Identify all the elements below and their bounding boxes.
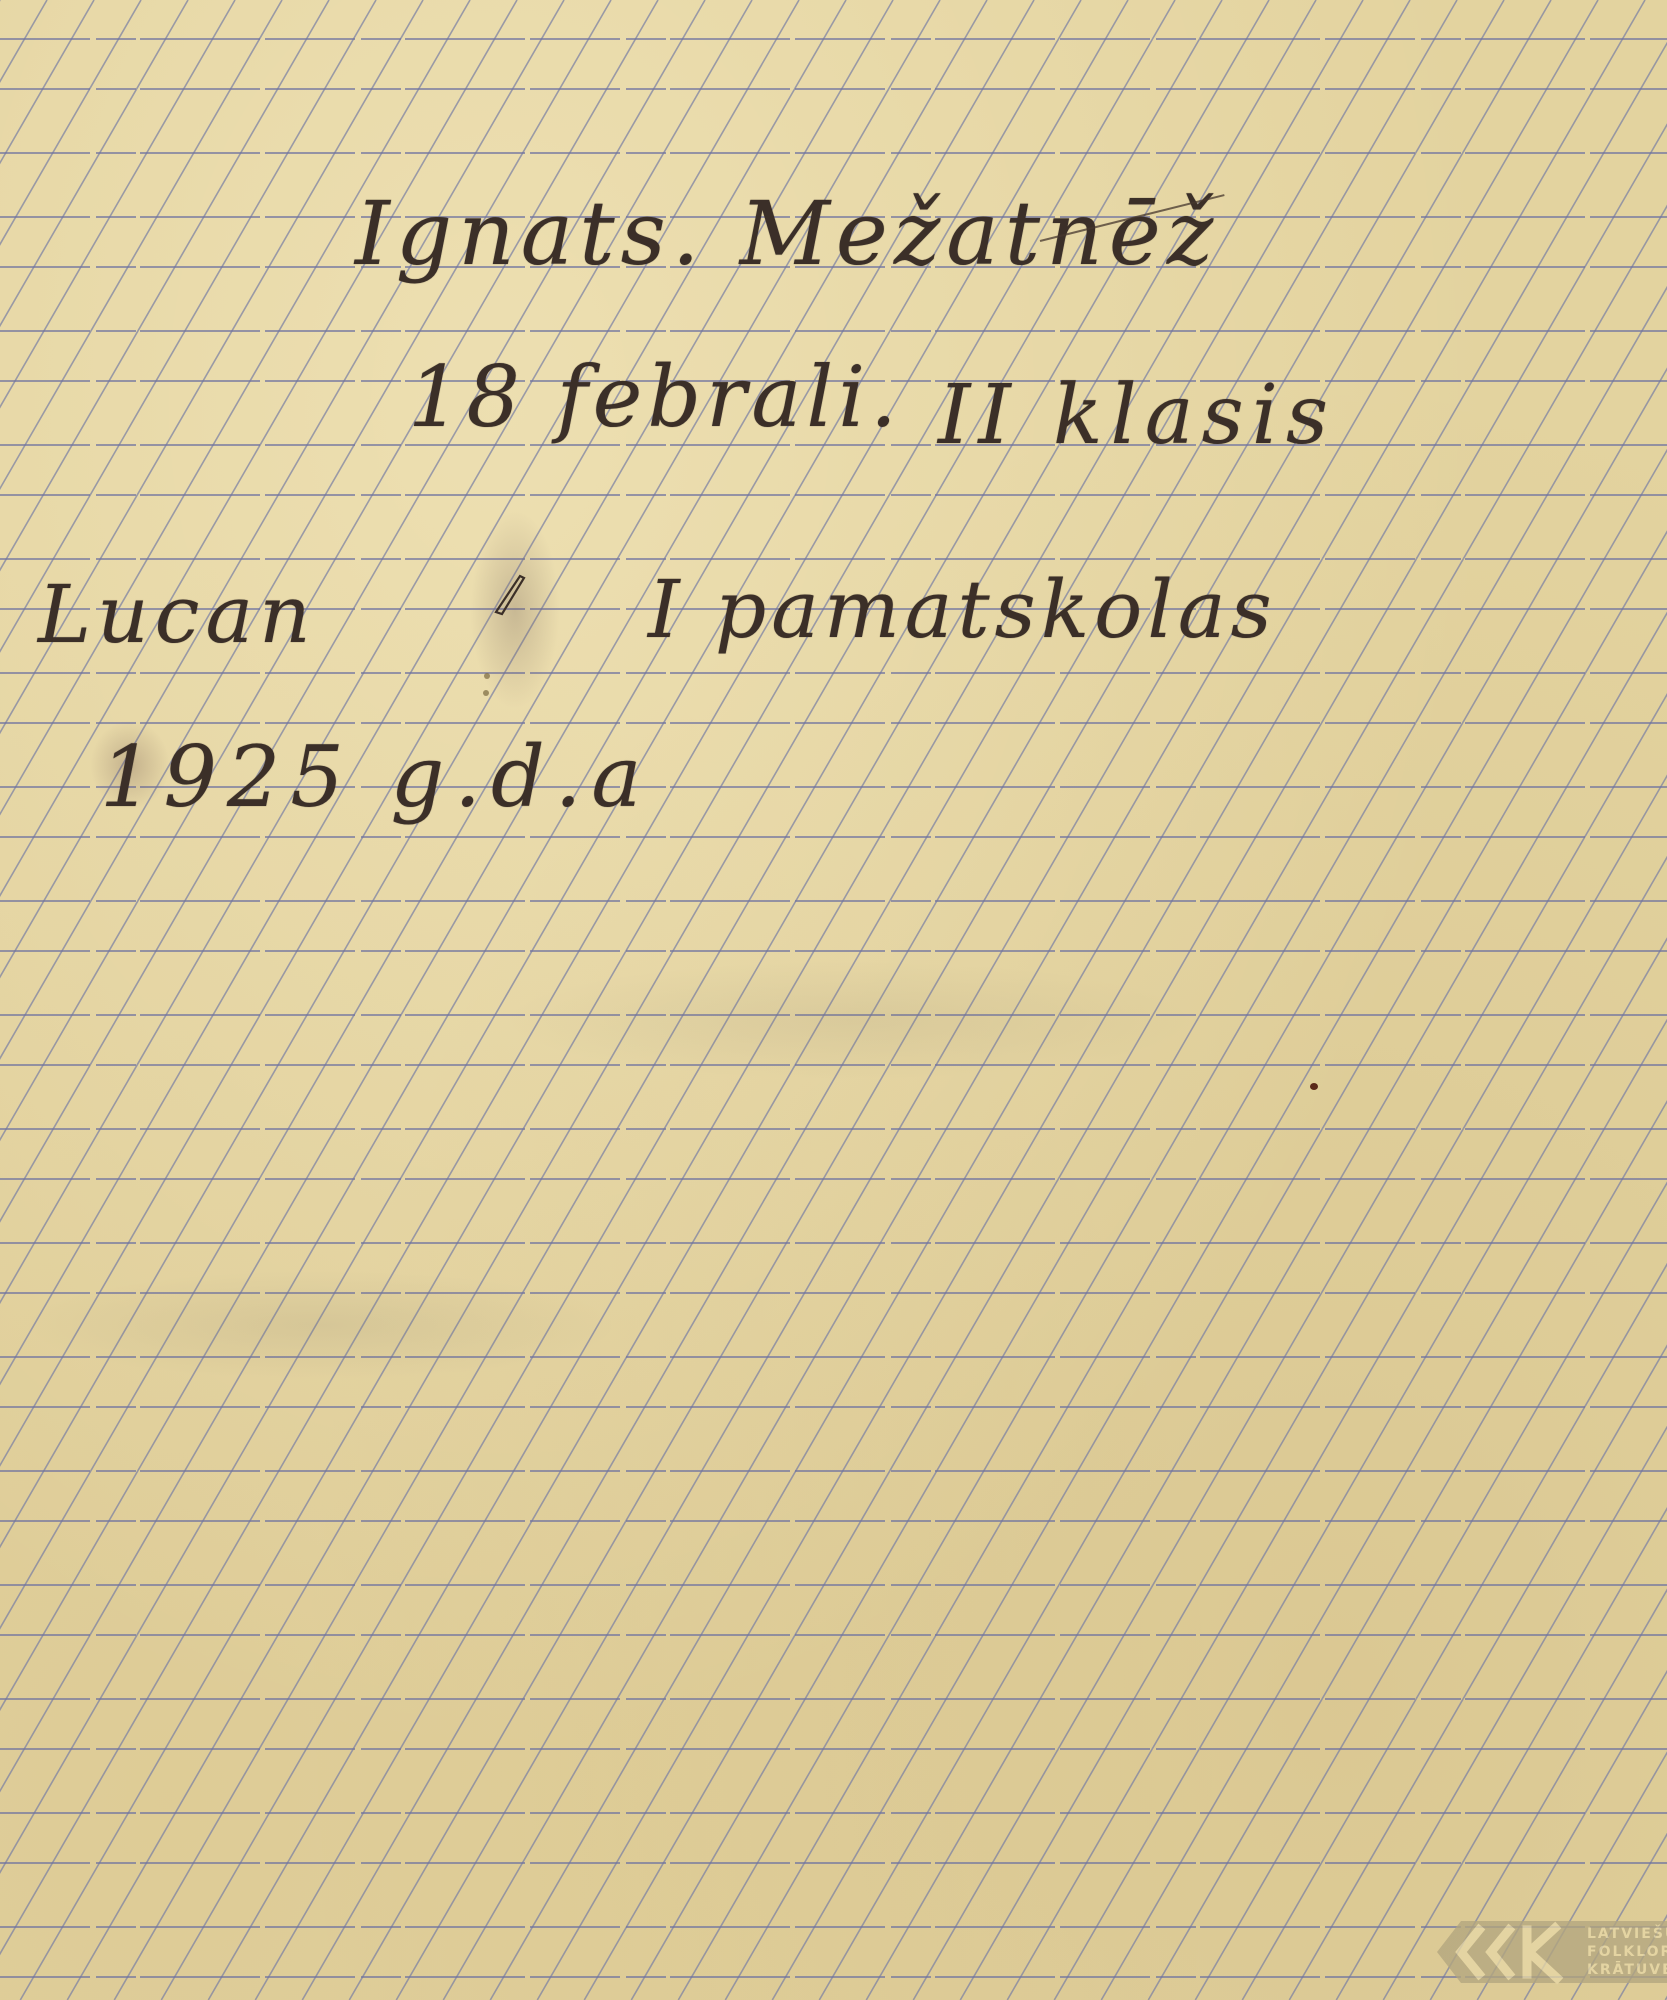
student-name: Ignats. Mežatnēž (355, 190, 1219, 278)
class-text: II klasis (938, 375, 1336, 457)
manuscript-page: Ignats. Mežatnēž 18 febrali. II klasis L… (0, 0, 1667, 2000)
logo-line-3: KRĀTUVE (1587, 1961, 1667, 1979)
archive-logo-text: LATVIEŠU FOLKLORAS KRĀTUVE (1587, 1925, 1667, 1979)
school-text: I pamatskolas (648, 570, 1277, 650)
logo-line-2: FOLKLORAS (1587, 1943, 1667, 1961)
date-text: 18 febrali. (408, 355, 902, 439)
archive-logo: LATVIEŠU FOLKLORAS KRĀTUVE (1417, 1916, 1667, 1988)
logo-line-1: LATVIEŠU (1587, 1925, 1667, 1943)
paper-ruling (0, 0, 1667, 2000)
place-text: Lucan (38, 575, 317, 655)
year-text: 1925 g.d.a (100, 735, 652, 819)
ink-stroke-mark (490, 570, 530, 620)
